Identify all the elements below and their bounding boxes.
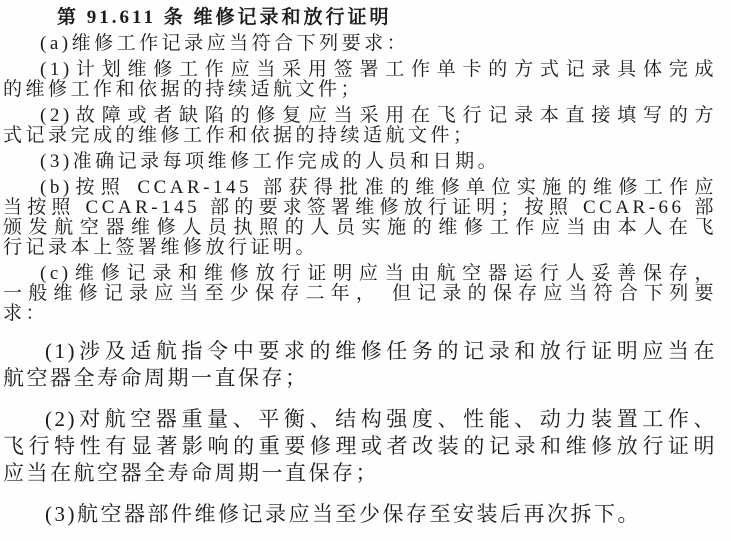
text-line: 应当在航空器全寿命周期一直保存； xyxy=(3,460,717,487)
text-line: (2)对航空器重量、平衡、结构强度、性能、动力装置工作、 xyxy=(3,406,717,433)
article-heading: 第 91.611 条 维修记录和放行证明 xyxy=(3,8,717,28)
text-line: (3)准确记录每项维修工作完成的人员和日期。 xyxy=(3,152,717,172)
text-line: (b)按照 CCAR-145 部获得批准的维修单位实施的维修工作应 xyxy=(3,178,717,198)
text-line: 式记录完成的维修工作和依据的持续适航文件； xyxy=(3,126,717,146)
text-line: 飞行特性有显著影响的重要修理或者改装的记录和维修放行证明 xyxy=(3,433,717,460)
text-line: 的维修工作和依据的持续适航文件； xyxy=(3,80,717,100)
text-line: 一般维修记录应当至少保存二年， 但记录的保存应当符合下列要 xyxy=(3,284,717,304)
text-line: (a)维修工作记录应当符合下列要求： xyxy=(3,34,717,54)
section-bottom-paragraphs: (1)涉及适航指令中要求的维修任务的记录和放行证明应当在航空器全寿命周期一直保存… xyxy=(3,338,717,528)
text-line: 当按照 CCAR-145 部的要求签署维修放行证明；按照 CCAR-66 部 xyxy=(3,198,717,218)
text-line: (1)计划维修工作应当采用签署工作单卡的方式记录具体完成 xyxy=(3,60,717,80)
text-line: (3)航空器部件维修记录应当至少保存至安装后再次拆下。 xyxy=(3,501,717,528)
text-line: 行记录本上签署维修放行证明。 xyxy=(3,238,717,258)
text-line: (1)涉及适航指令中要求的维修任务的记录和放行证明应当在 xyxy=(3,338,717,365)
text-line: 求： xyxy=(3,304,717,324)
section-top-paragraphs: (a)维修工作记录应当符合下列要求：(1)计划维修工作应当采用签署工作单卡的方式… xyxy=(3,34,717,324)
text-line: 航空器全寿命周期一直保存； xyxy=(3,365,717,392)
text-line: (c)维修记录和维修放行证明应当由航空器运行人妥善保存， xyxy=(3,264,717,284)
text-line: (2)故障或者缺陷的修复应当采用在飞行记录本直接填写的方 xyxy=(3,106,717,126)
document-page: 第 91.611 条 维修记录和放行证明 (a)维修工作记录应当符合下列要求：(… xyxy=(0,0,731,541)
text-line: 颁发航空器维修人员执照的人员实施的维修工作应当由本人在飞 xyxy=(3,218,717,238)
